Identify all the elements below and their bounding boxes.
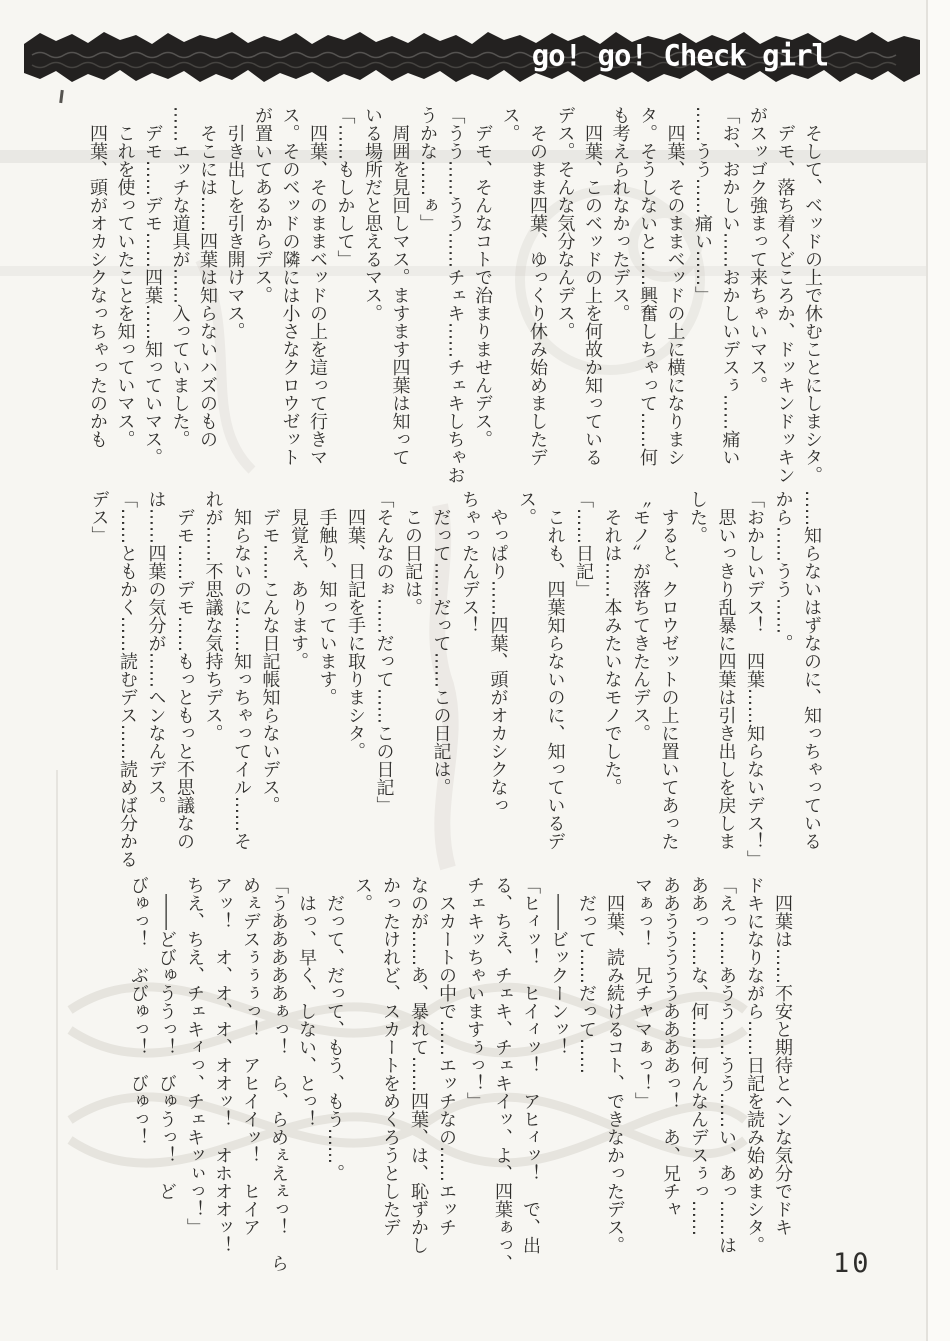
story-band-1: そして、ベッドの上で休むことにしまシタ。 デモ、落ち着くどころか、ドッキンドッキ… [80,106,826,498]
story-line: 手触り、知っています。 [312,490,341,882]
header-banner: go! go! Check girl [24,30,920,84]
story-line: 四葉は……不安と期待とヘンな気分でドキ [768,876,796,1284]
story-line: が置いてあるからデス。 [249,106,277,498]
story-line: 「……もしかして」 [331,106,359,498]
story-line: チェキッちゃいますぅっ！」 [460,876,488,1284]
page-edge-line [926,0,928,1341]
story-line: 「お、おかしい……おかしいデスぅ……痛い [716,106,744,498]
page-edge-strip [928,0,950,1341]
story-line: ちえ、ちえ、チェキィっ、チェキッぃっ！」 [180,876,208,1284]
story-line: 「うう……うう……チェキ……チェキしちゃお [441,106,469,498]
story-line: デス」 [84,490,113,882]
story-line: 「えっ……あうう……うう……い、あっ……は [712,876,740,1284]
story-line: これを使っていたことを知っていマス。 [111,106,139,498]
story-line: がスッゴク強まって来ちゃいマス。 [744,106,772,498]
story-line: この日記は。 [398,490,427,882]
story-line: それは……本みたいなモノでした。 [597,490,626,882]
story-line: ああうううううああああっ！ あ、兄チャ [656,876,684,1284]
story-line: 「……日記」 [569,490,598,882]
story-line: デモ……デモ……もっともっと不思議なの [170,490,199,882]
story-line: うかな……ぁ」 [414,106,442,498]
story-line: ス。 [348,876,376,1284]
story-line: はっ、早く、しない、とっ！ [292,876,320,1284]
story-line: デモ……こんな日記帳知らないデス。 [255,490,284,882]
story-line: タ。そうしないと……興奮しちゃって……何 [634,106,662,498]
story-line: そこには……四葉は知らないハズのもの [194,106,222,498]
story-line: ……知らないはずなのに、知っちゃっている [797,490,826,882]
story-line: そのまま四葉、ゆっくり休み始めましたデ [524,106,552,498]
story-line: 「うあああああぁっ！ ら、らめぇえぇっ！ ら [264,876,292,1284]
page-root: go! go! Check girl そして、ベッドの上で休むことにしまシタ。 … [0,0,950,1341]
story-line: 「……ともかく……読むデス……読めば分かる [113,490,142,882]
story-line: ――ビックーンッ！ [544,876,572,1284]
story-line: デモ、そんなコトで治まりませんデス。 [469,106,497,498]
story-line: ちゃったんデス！ [455,490,484,882]
story-line: スカートの中で……エッチなの……エッチ [432,876,460,1284]
story-line: デモ……デモ……四葉……知っていマス。 [139,106,167,498]
story-line: そして、ベッドの上で休むことにしまシタ。 [799,106,827,498]
story-line: ス。 [512,490,541,882]
story-line: すると、クロウゼットの上に置いてあった [654,490,683,882]
story-line: ……エッチな道具が……入っていました。 [166,106,194,498]
story-band-2: ……知らないはずなのに、知っちゃっているから……うう……。「おかしいデス！ 四葉… [83,490,825,882]
story-line: 四葉、このベッドの上を何故か知っている [579,106,607,498]
story-line: 四葉、そのままベッドの上に横になりまシ [661,106,689,498]
story-line: 四葉、読み続けるコト、できなかったデス。 [600,876,628,1284]
story-line: いる場所だと思えるマス。 [359,106,387,498]
story-line: ドキになりながら……日記を読み始めまシタ。 [740,876,768,1284]
story-line: 知らないのに……知っちゃってイル……そ [227,490,256,882]
story-line: れが……不思議な気持ちデス。 [198,490,227,882]
story-line: も考えられなかったデス。 [606,106,634,498]
banner-title: go! go! Check girl [532,39,828,73]
story-line: マぁっ！ 兄チャマぁっ！」 [628,876,656,1284]
story-line: これも、四葉知らないのに、知っているデ [540,490,569,882]
story-line: だって……だって……この日記は。 [426,490,455,882]
story-line: 思いっきり乱暴に四葉は引き出しを戻しま [711,490,740,882]
story-line: 四葉、日記を手に取りまシタ。 [341,490,370,882]
page-number: 10 [833,1248,872,1279]
page-crease-line [56,770,58,1270]
story-line: した。 [683,490,712,882]
story-line: アッ！ オ、オ、オ、オオッ！ オホオオッ！ [208,876,236,1284]
story-band-3: 四葉は……不安と期待とヘンな気分でドキドキになりながら……日記を読み始めまシタ。… [122,876,796,1284]
story-line: 〝モノ〟が落ちてきたんデス。 [626,490,655,882]
story-line: 周囲を見回しマス。ますます四葉は知って [386,106,414,498]
story-line: だって、だって、もう、もう……。 [320,876,348,1284]
story-line: やっぱり……四葉、頭がオカシクなっ [483,490,512,882]
story-line: デス。そんな気分なんデス。 [551,106,579,498]
story-line: から……うう……。 [768,490,797,882]
story-line: びゅっ！ ぶびゅっ！ びゅっ！ [124,876,152,1284]
story-line: 「ヒィッ！ ヒイィッ！ アヒィッ！ で、出 [516,876,544,1284]
story-line: 見覚え、あります。 [284,490,313,882]
story-line: 「おかしいデス！ 四葉……知らないデス！」 [740,490,769,882]
story-line: ス。そのベッドの隣には小さなクロウゼット [276,106,304,498]
story-line: かったけれど、スカートをめくろうとしたデ [376,876,404,1284]
story-line: る、ちえ、チェキ、チェキイッ、よ、四葉ぁっ、 [488,876,516,1284]
story-line: 四葉、そのままベッドの上を這って行きマ [304,106,332,498]
story-line: デモ、落ち着くどころか、ドッキンドッキン [771,106,799,498]
story-line: ああっ……な、何……何んなんデスぅっ…… [684,876,712,1284]
story-line: 引き出しを引き開けマス。 [221,106,249,498]
story-line: だって……だって…… [572,876,600,1284]
story-line: ス。 [496,106,524,498]
story-line: めぇデスぅぅぅっ！ アヒイイッ！ ヒイア [236,876,264,1284]
story-line: ――どびゅううっ！ びゅうっ！ ど [152,876,180,1284]
story-line: ……うう……痛い……」 [689,106,717,498]
story-line: 「そんなのぉ……だって……この日記」 [369,490,398,882]
story-line: 四葉、頭がオカシクなっちゃったのかも [84,106,112,498]
story-line: は……四葉の気分が……ヘンなんデス。 [141,490,170,882]
story-line: なのが……あ、暴れて……四葉、は、恥ずかし [404,876,432,1284]
